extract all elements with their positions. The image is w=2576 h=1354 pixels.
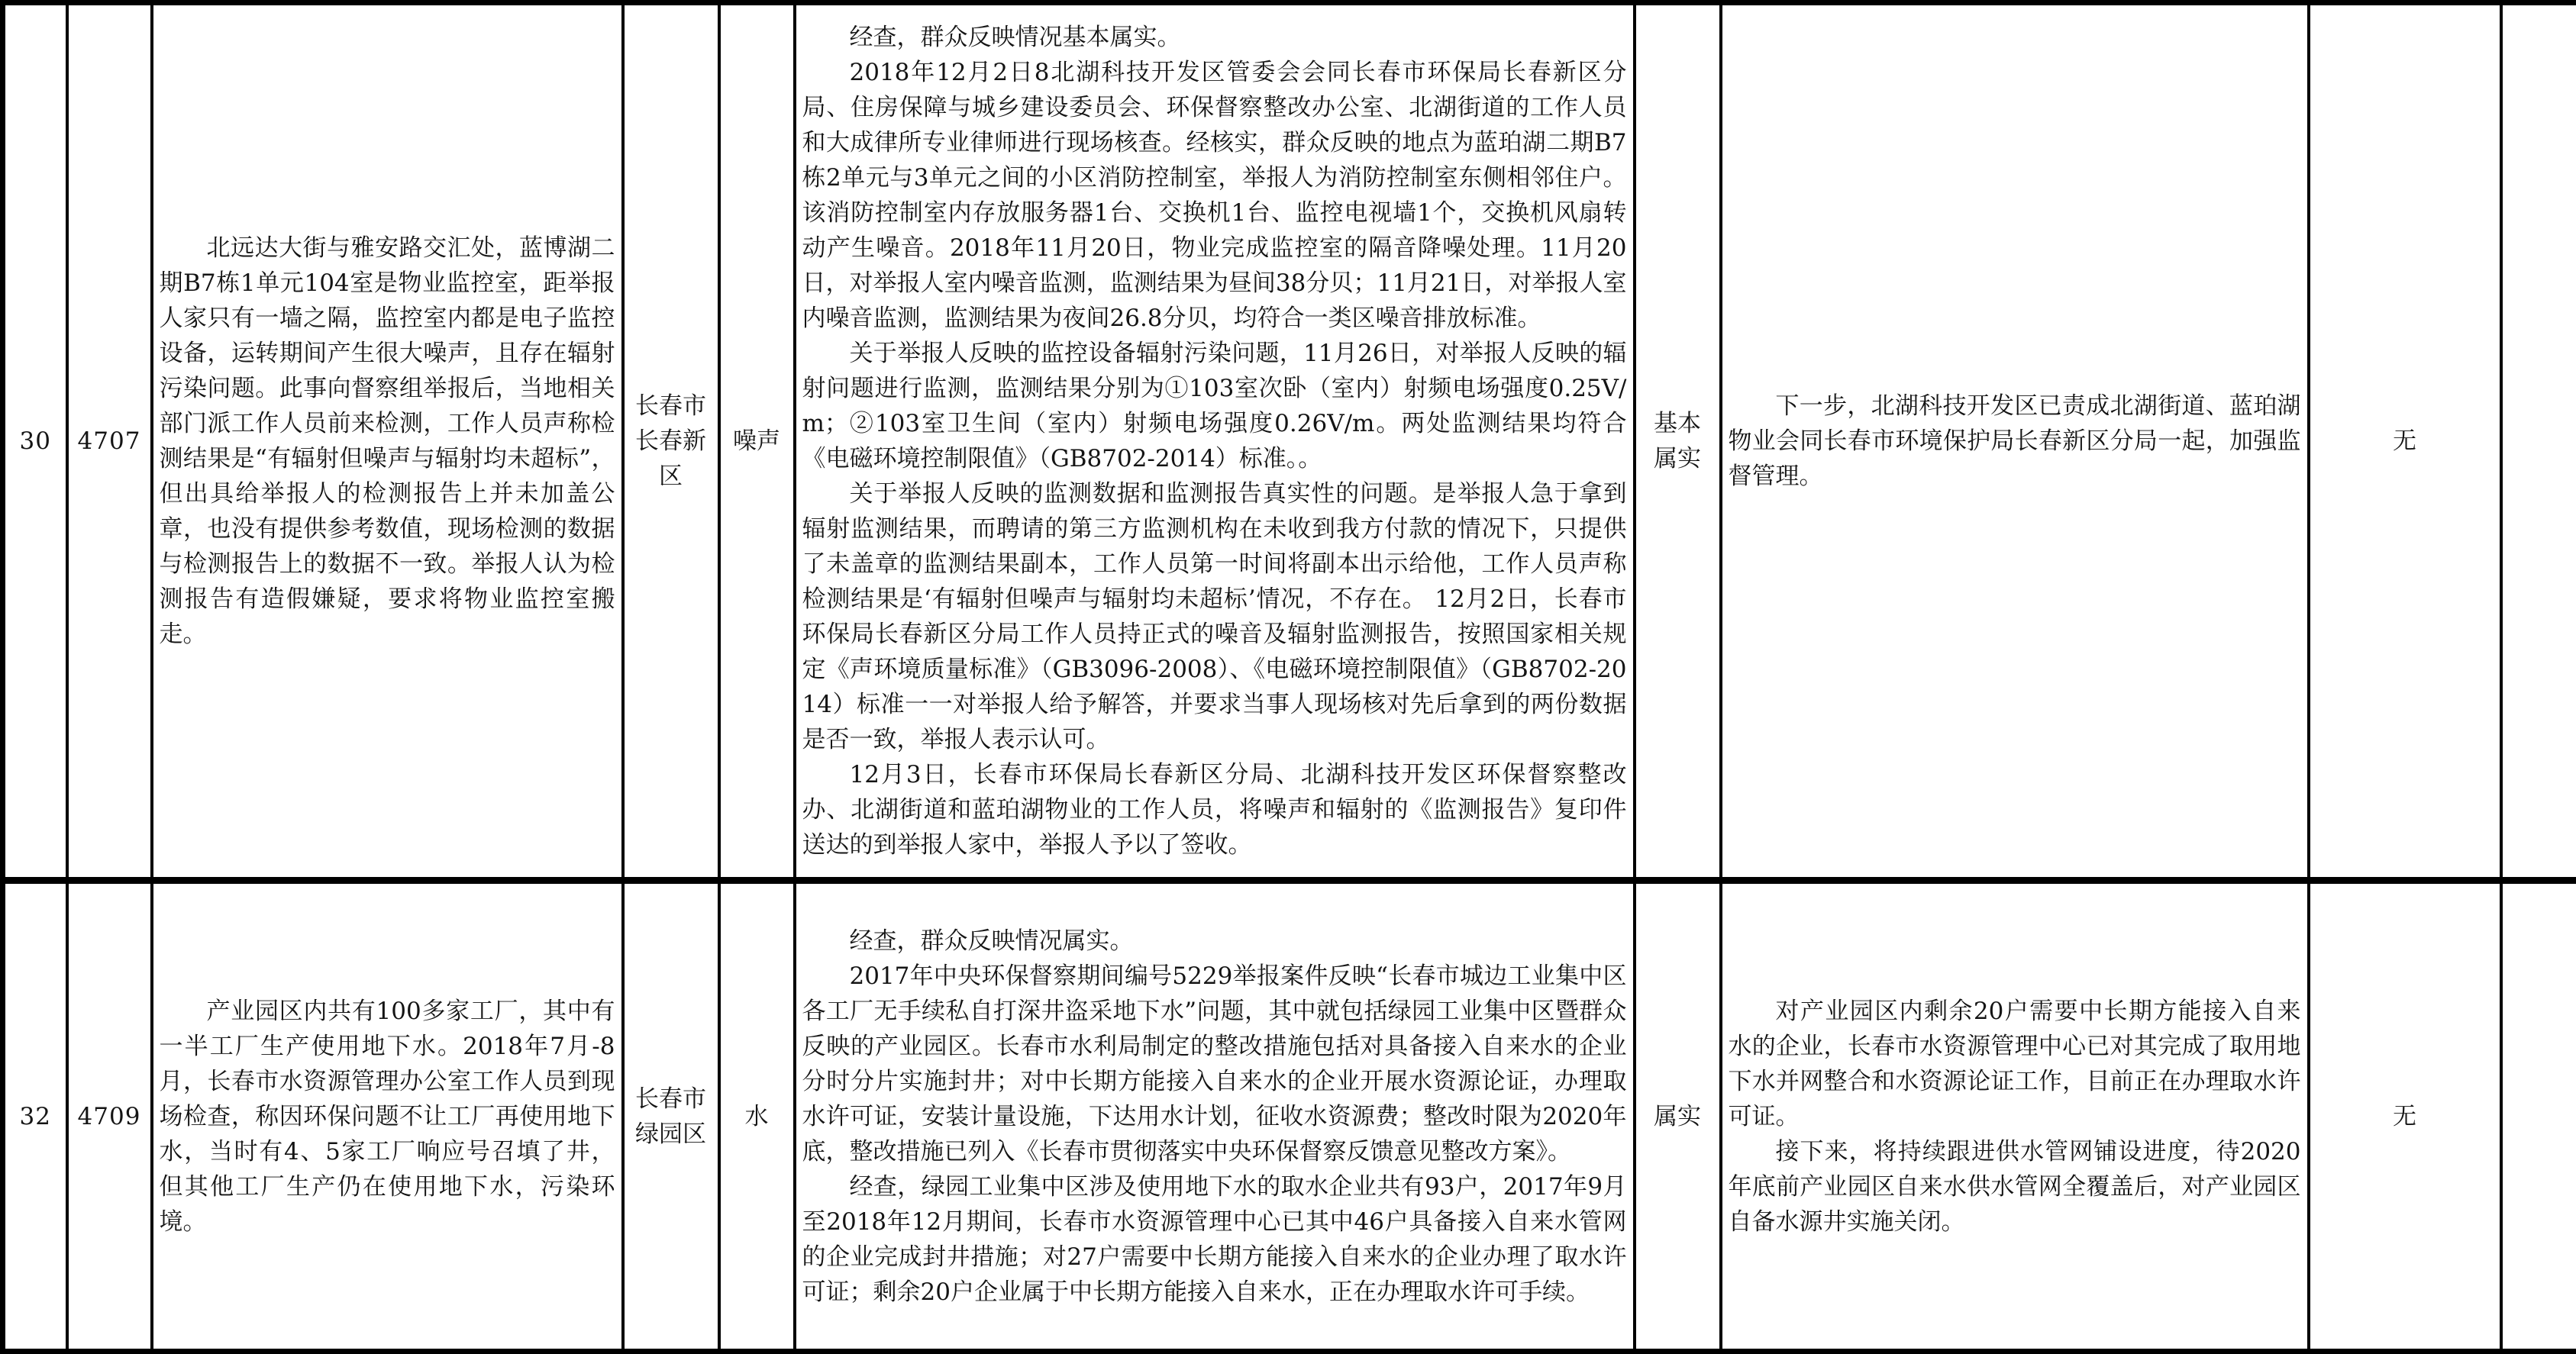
paragraph: 接下来，将持续跟进供水管网铺设进度，待2020年底前产业园区自来水供水管网全覆盖… [1729, 1134, 2301, 1240]
paragraph: 关于举报人反映的监控设备辐射污染问题，11月26日，对举报人反映的辐射问题进行监… [802, 336, 1627, 476]
accountability-cell: 无 [2309, 3, 2501, 881]
accountability-cell: 无 [2309, 881, 2501, 1352]
case-number-cell: 4709 [67, 881, 152, 1352]
paragraph: 下一步，北湖科技开发区已责成北湖街道、蓝珀湖物业会同长春市环境保护局长春新区分局… [1729, 388, 2301, 494]
paragraph: 北远达大街与雅安路交汇处，蓝博湖二期B7栋1单元104室是物业监控室，距举报人家… [160, 231, 615, 652]
action-cell: 下一步，北湖科技开发区已责成北湖街道、蓝珀湖物业会同长春市环境保护局长春新区分局… [1721, 3, 2309, 881]
table-row: 30 4707 北远达大街与雅安路交汇处，蓝博湖二期B7栋1单元104室是物业监… [3, 3, 2576, 881]
paragraph: 2018年12月2日8北湖科技开发区管委会会同长春市环保局长春新区分局、住房保障… [802, 55, 1627, 336]
row-number-cell: 32 [3, 881, 67, 1352]
investigation-cell: 经查，群众反映情况基本属实。2018年12月2日8北湖科技开发区管委会会同长春市… [795, 3, 1635, 881]
row-number-cell: 30 [3, 3, 67, 881]
location-cell: 长春市绿园区 [623, 881, 719, 1352]
empty-cell [2501, 881, 2576, 1352]
verification-cell: 属实 [1635, 881, 1721, 1352]
paragraph: 12月3日，长春市环保局长春新区分局、北湖科技开发区环保督察整改办、北湖街道和蓝… [802, 757, 1627, 862]
action-cell: 对产业园区内剩余20户需要中长期方能接入自来水的企业，长春市水资源管理中心已对其… [1721, 881, 2309, 1352]
paragraph: 经查，绿园工业集中区涉及使用地下水的取水企业共有93户，2017年9月至2018… [802, 1169, 1627, 1310]
pollution-type-cell: 噪声 [719, 3, 795, 881]
pollution-type-cell: 水 [719, 881, 795, 1352]
paragraph: 经查，群众反映情况基本属实。 [802, 20, 1627, 55]
case-table: 30 4707 北远达大街与雅安路交汇处，蓝博湖二期B7栋1单元104室是物业监… [0, 0, 2576, 1354]
paragraph: 关于举报人反映的监测数据和监测报告真实性的问题。是举报人急于拿到辐射监测结果，而… [802, 476, 1627, 757]
table-row: 32 4709 产业园区内共有100多家工厂，其中有一半工厂生产使用地下水。20… [3, 881, 2576, 1352]
document-page: 30 4707 北远达大街与雅安路交汇处，蓝博湖二期B7栋1单元104室是物业监… [0, 0, 2576, 1354]
paragraph: 经查，群众反映情况属实。 [802, 924, 1627, 959]
investigation-cell: 经查，群众反映情况属实。2017年中央环保督察期间编号5229举报案件反映“长春… [795, 881, 1635, 1352]
paragraph: 2017年中央环保督察期间编号5229举报案件反映“长春市城边工业集中区各工厂无… [802, 959, 1627, 1169]
paragraph: 产业园区内共有100多家工厂，其中有一半工厂生产使用地下水。2018年7月-8月… [160, 994, 615, 1240]
empty-cell [2501, 3, 2576, 881]
complaint-cell: 产业园区内共有100多家工厂，其中有一半工厂生产使用地下水。2018年7月-8月… [152, 881, 623, 1352]
case-number-cell: 4707 [67, 3, 152, 881]
paragraph: 对产业园区内剩余20户需要中长期方能接入自来水的企业，长春市水资源管理中心已对其… [1729, 994, 2301, 1134]
location-cell: 长春市长春新区 [623, 3, 719, 881]
complaint-cell: 北远达大街与雅安路交汇处，蓝博湖二期B7栋1单元104室是物业监控室，距举报人家… [152, 3, 623, 881]
verification-cell: 基本属实 [1635, 3, 1721, 881]
